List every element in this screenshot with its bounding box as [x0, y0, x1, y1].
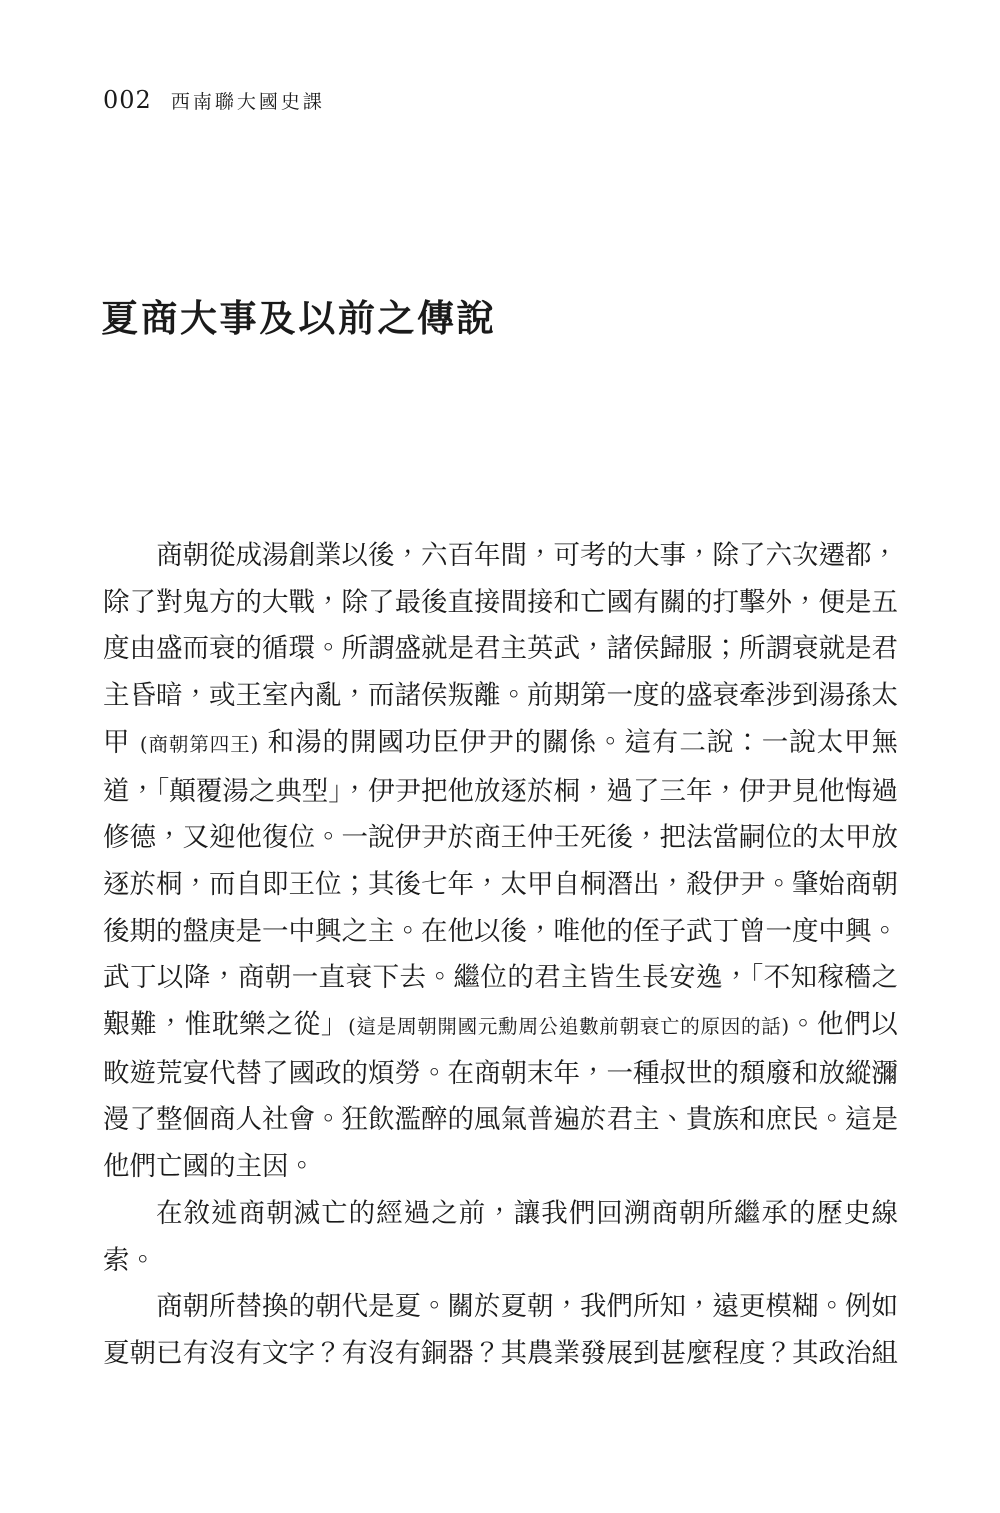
text-segment: 商朝所替換的朝代是夏。關於夏朝，我們所知，遠更模糊。例如夏朝已有沒有文字？有沒有…: [103, 1291, 898, 1369]
annotation-segment: (這是周朝開國元勳周公追數前朝衰亡的原因的話): [348, 1015, 789, 1038]
chapter-title: 夏商大事及以前之傳說: [101, 297, 496, 340]
text-segment: 商朝從成湯創業以後，六百年間，可考的大事，除了六次遷都，除了對鬼方的大戰，除了最…: [103, 540, 898, 758]
page-number: 002: [103, 86, 152, 114]
body-text: 商朝從成湯創業以後，六百年間，可考的大事，除了六次遷都，除了對鬼方的大戰，除了最…: [103, 533, 898, 1378]
text-segment: 和湯的開國功臣伊尹的關係。這有二說：一說太甲無道，「顛覆湯之典型」，伊尹把他放逐…: [103, 727, 898, 1040]
running-title: 西南聯大國史課: [171, 87, 325, 114]
paragraph: 商朝所替換的朝代是夏。關於夏朝，我們所知，遠更模糊。例如夏朝已有沒有文字？有沒有…: [103, 1284, 898, 1377]
book-page: { "page_header": { "page_number": "002",…: [0, 0, 1000, 1513]
paragraph: 在敘述商朝滅亡的經過之前，讓我們回溯商朝所繼承的歷史線索。: [103, 1191, 898, 1284]
page-header: 002 西南聯大國史課: [103, 86, 325, 114]
text-segment: 在敘述商朝滅亡的經過之前，讓我們回溯商朝所繼承的歷史線索。: [103, 1198, 898, 1276]
paragraph: 商朝從成湯創業以後，六百年間，可考的大事，除了六次遷都，除了對鬼方的大戰，除了最…: [103, 533, 898, 1191]
annotation-segment: (商朝第四王): [140, 733, 258, 756]
